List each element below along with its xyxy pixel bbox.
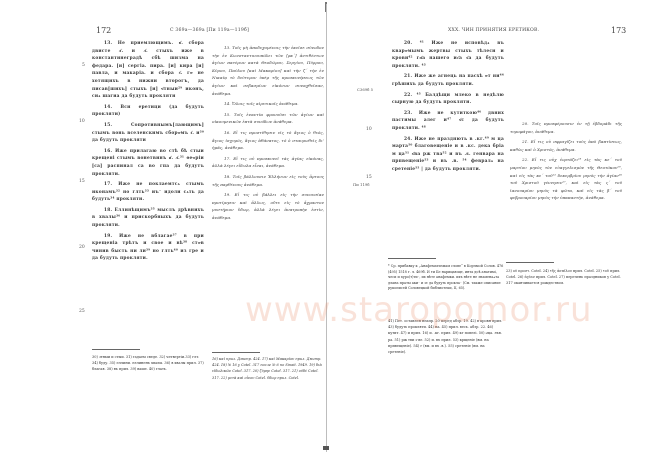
canon-22-slavonic: 22. ⁴⁵ Балдѣщи млеко в недѣлю сырную да … <box>392 92 504 107</box>
line-number: 10 <box>79 119 85 124</box>
canon-24-slavonic: 24. Иже не празднють в .кг.⁴⁹ м ца марта… <box>392 136 504 174</box>
canon-16-greek: 16. Εἴ τις προστίθησιν εἰς τὸ ἅγιος ὁ θε… <box>212 129 324 152</box>
canon-13-greek: 13. Τοῖς μὴ ἀποδεχομένοις τὴν ἐκεῖσε σύν… <box>212 44 324 97</box>
canon-15-greek: 15. Τοῖς ἐναντία φρονοῦσι τῶν ἁγίων καὶ … <box>212 111 324 126</box>
canon-20-greek: 20. Τοῖς προσφέρουσιν ἐν τῇ ἑβδομάδι τῆς… <box>510 120 622 135</box>
right-page: XXX. ЧИН ПРИНЯТИЯ ЕРЕТИКОВ. 173 C369б 5 … <box>330 0 650 461</box>
slavonic-column-right: 20. ⁴¹ Иже не исповѣдѧ въ кварѡмымъ жерт… <box>392 40 504 177</box>
canon-18-greek: 18. Τοῖς βάλλουσιν Ἑλλήνων εἰς τοὺς ἄρτο… <box>212 173 324 188</box>
page-number-left: 172 <box>96 26 111 35</box>
running-head-right: XXX. ЧИН ПРИНЯТИЯ ЕРЕТИКОВ. <box>448 28 539 33</box>
greek-column-left: 13. Τοῖς μὴ ἀποδεχομένοις τὴν ἐκεῖσε σύν… <box>212 44 324 224</box>
footnote-rule-right-greek <box>506 262 554 263</box>
canon-23-slavonic: 23. Иже не кутиткою⁴⁶ двних пастимы алег… <box>392 110 504 133</box>
footnotes-slavonic-left: 30) ч҃тныи и стыи. 31) гадаем сведе. 32)… <box>92 354 204 373</box>
canon-21-greek: 21. Εἴ τις οὐ σφραγίζει τοὺς ἀπὸ βαπτίσε… <box>510 138 622 153</box>
margin-ref-pi119b: Пи 119б <box>353 182 370 187</box>
canon-21-slavonic: 21. Иже же агнець на пасхѣ ѡт ни⁴⁴ грѣши… <box>392 73 504 88</box>
running-head-left: С 369а—369а [Пи 119а—119б] <box>170 28 249 33</box>
canon-19-greek: 19. Εἴ τις οὐ βάλλει εἰς τὴν συνουσίαν π… <box>212 191 324 221</box>
canon-17-slavonic: 17. Иже не поклаемтсѧ стымъ иконамъ³² но… <box>92 181 204 204</box>
spine-bottom-mark <box>323 446 329 450</box>
canon-14-greek: 14. Ὅλοις τοῖς αἱρετικοῖς ἀνάθεμα. <box>212 100 324 108</box>
slavonic-column-left: 13. Не приемлющимъ. в҃. сбора двисте л҃.… <box>92 40 204 266</box>
canon-18-slavonic: 18. Еллинѣщимъ³⁵ мыслъ дрѣвнихъ в хвалы³… <box>92 207 204 230</box>
footnotes-greek-left: 16) καὶ прил. Дмитр. 424. 17) καὶ Μακαρί… <box>212 356 324 381</box>
canon-17-greek: 17. Εἴ τις οὐ προσκυνεῖ τὰς ἁγίας εἰκόνα… <box>212 155 324 170</box>
book-spine-fold <box>326 4 327 452</box>
canon-22-greek: 22. Εἴ τις οὐχ ἑορτάζει²³ εἰς τὰς κε΄ το… <box>510 156 622 202</box>
line-number: 5 <box>82 63 85 68</box>
greek-column-right: 20. Τοῖς προσφέρουσιν ἐν τῇ ἑβδομάδι τῆς… <box>510 120 622 205</box>
footnotes-greek-right: 23) οὐ προστ. Cotel. 24) τῆς ἀσπίλου при… <box>506 268 622 287</box>
footnote-rule-left-greek <box>212 352 260 353</box>
margin-ref-c369b: C369б 5 <box>357 87 373 92</box>
footnote-rule-right-slavonic <box>388 258 436 259</box>
page-number-right: 173 <box>611 26 626 35</box>
canon-20-slavonic: 20. ⁴¹ Иже не исповѣдѧ въ кварѡмымъ жерт… <box>392 40 504 70</box>
footnotes-slavonic-right: 41) Пет. оставлен неапр. 20 перед абзр. … <box>388 318 504 355</box>
canon-14-slavonic: 14. Вси еретици (да будуть прокляти) <box>92 104 204 119</box>
left-page: 172 С 369а—369а [Пи 119а—119б] 5 10 15 2… <box>0 0 320 461</box>
canon-19-slavonic: 19. Иже не вблагае³⁷ в при крещенiа трѣт… <box>92 233 204 263</box>
canon-16-slavonic: 16. Иже прилагаю во стѣ бѣ стыи крещенi … <box>92 148 204 178</box>
line-number: 25 <box>79 309 85 314</box>
footnote-asterisk-note: * Ср. прибавку к „Анафематизмам слове“ в… <box>388 264 504 292</box>
line-number: 10 <box>366 127 372 132</box>
canon-15-slavonic: 15. Сопротивнымъ[лающимъ] стымъ вонь все… <box>92 122 204 145</box>
footnote-rule-left-slavonic <box>92 349 140 350</box>
line-number: 20 <box>79 245 85 250</box>
line-number: 15 <box>366 175 372 180</box>
line-number: 15 <box>79 179 85 184</box>
canon-13-slavonic: 13. Не приемлющимъ. в҃. сбора двисте л҃.… <box>92 40 204 101</box>
